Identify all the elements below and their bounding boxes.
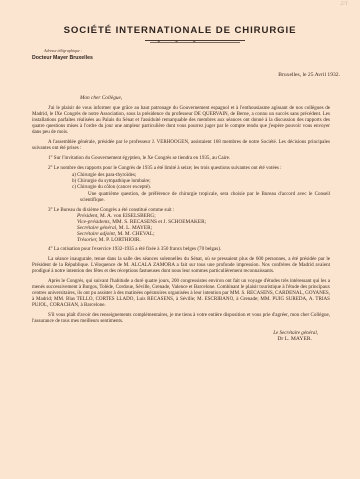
question-c: c) Chirurgie du côlon (cancer excepté). (72, 184, 330, 190)
letterhead-stars: * * * (0, 41, 360, 46)
paragraph-intro: J'ai le plaisir de vous informer que grâ… (32, 105, 330, 135)
bureau-treasurer: Trésorier, M. P. LORTHIOIR. (77, 237, 330, 243)
telegraph-address: Docteur Mayer Bruxelles (32, 55, 93, 61)
paragraph-closing: S'il vous plaît d'avoir des renseignemen… (32, 312, 330, 324)
salutation: Mon cher Collègue, (80, 95, 330, 101)
decision-2: 2° Le nombre des rapports pour le Congrè… (32, 165, 330, 171)
role-name: MM. S. RECASENS et J. SCHOEMAKER; (112, 219, 206, 225)
role-label: Président, (77, 213, 99, 219)
role-name: M. P. LORTHIOIR. (99, 237, 141, 243)
role-name: M. A. von EISELSBERG; (100, 213, 156, 219)
decision-1: 1° Sur l'invitation du Gouvernement égyp… (32, 155, 330, 161)
role-name: M. L. MAYER; (119, 225, 152, 231)
role-name: M. M. CHEVAL; (118, 231, 155, 237)
role-label: Secrétaire général, (77, 225, 117, 231)
signature-block: Le Secrétaire général, Dr L. MAYER. (32, 330, 330, 342)
decision-4: 4° La cotisation pour l'exercice 1932-19… (32, 246, 330, 252)
fourth-question: Une quatrième question, de préférence de… (80, 191, 330, 203)
letterhead-title: SOCIÉTÉ INTERNATIONALE DE CHIRURGIE (0, 25, 360, 36)
role-label: Secrétaire adjoint, (77, 231, 116, 237)
paragraph-study-trip: Après le Congrès, qui suivant l'habitude… (32, 278, 330, 308)
paragraph-assembly: A l'assemblée générale, présidée par le … (32, 139, 330, 151)
role-label: Vice-présidents, (77, 219, 111, 225)
letter-date: Bruxelles, le 25 Avril 1932. (278, 72, 340, 78)
signature-name: Dr L. MAYER. (32, 336, 318, 342)
letter-page: 2/1 SOCIÉTÉ INTERNATIONALE DE CHIRURGIE … (0, 0, 360, 479)
telegraph-label: Adresse télégraphique : (44, 48, 82, 53)
pencil-annotation: 2/1 (340, 1, 348, 7)
letter-body: Mon cher Collègue, J'ai le plaisir de vo… (32, 95, 330, 342)
paragraph-inaugural: La séance inaugurale, tenue dans la sall… (32, 256, 330, 274)
role-label: Trésorier, (77, 237, 97, 243)
